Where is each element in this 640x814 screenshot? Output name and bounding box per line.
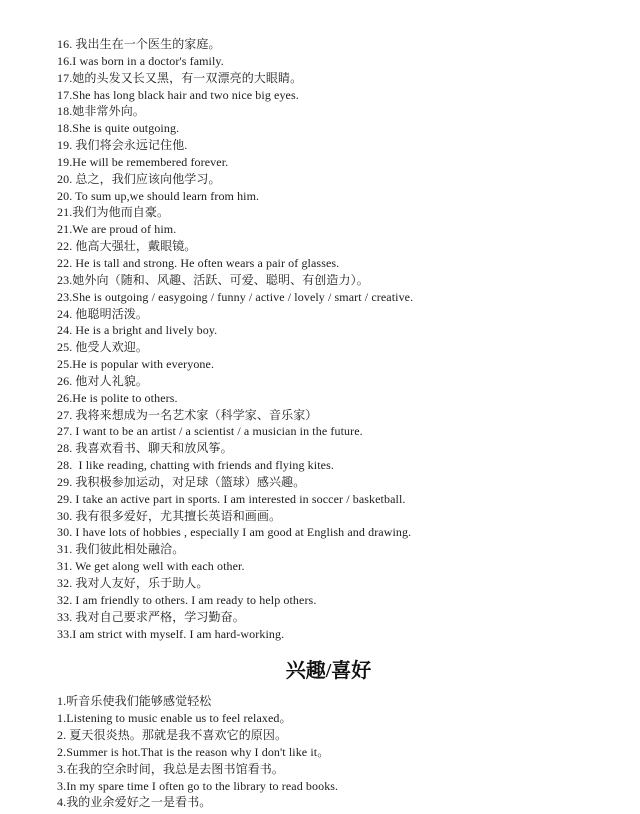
sentence-line: 4.我的业余爱好之一是看书。 bbox=[57, 794, 600, 811]
sentence-line: 22. 他高大强壮，戴眼镜。 bbox=[57, 238, 600, 255]
sentence-line: 25. 他受人欢迎。 bbox=[57, 339, 600, 356]
sentence-line: 33.I am strict with myself. I am hard-wo… bbox=[57, 626, 600, 643]
sentence-line: 29. 我积极参加运动，对足球（篮球）感兴趣。 bbox=[57, 474, 600, 491]
sentence-line: 1.Listening to music enable us to feel r… bbox=[57, 710, 600, 727]
sentence-line: 23.她外向（随和、风趣、活跃、可爱、聪明、有创造力）。 bbox=[57, 272, 600, 289]
sentence-line: 30. 我有很多爱好，尤其擅长英语和画画。 bbox=[57, 508, 600, 525]
sentence-line: 23.She is outgoing / easygoing / funny /… bbox=[57, 289, 600, 306]
sentence-line: 1.听音乐使我们能够感觉轻松 bbox=[57, 693, 600, 710]
sentence-line: 2.Summer is hot.That is the reason why I… bbox=[57, 744, 600, 761]
sentence-line: 21.We are proud of him. bbox=[57, 221, 600, 238]
sentence-line: 3.在我的空余时间，我总是去图书馆看书。 bbox=[57, 761, 600, 778]
sentence-line: 24. 他聪明活泼。 bbox=[57, 306, 600, 323]
sentence-line: 27. I want to be an artist / a scientist… bbox=[57, 423, 600, 440]
sentence-line: 31. We get along well with each other. bbox=[57, 558, 600, 575]
sentence-line: 31. 我们彼此相处融洽。 bbox=[57, 541, 600, 558]
sentence-line: 3.In my spare time I often go to the lib… bbox=[57, 778, 600, 795]
sentence-line: 17.She has long black hair and two nice … bbox=[57, 87, 600, 104]
sentence-line: 32. I am friendly to others. I am ready … bbox=[57, 592, 600, 609]
sentence-line: 19. 我们将会永远记住他. bbox=[57, 137, 600, 154]
sentence-line: 22. He is tall and strong. He often wear… bbox=[57, 255, 600, 272]
sentence-line: 19.He will be remembered forever. bbox=[57, 154, 600, 171]
sentence-line: 28. I like reading, chatting with friend… bbox=[57, 457, 600, 474]
sentence-line: 30. I have lots of hobbies , especially … bbox=[57, 524, 600, 541]
sentence-line: 24. He is a bright and lively boy. bbox=[57, 322, 600, 339]
sentence-line: 17.她的头发又长又黑，有一双漂亮的大眼睛。 bbox=[57, 70, 600, 87]
sentence-line: 21.我们为他而自豪。 bbox=[57, 204, 600, 221]
sentence-line: 16. 我出生在一个医生的家庭。 bbox=[57, 36, 600, 53]
sentence-line: 18.She is quite outgoing. bbox=[57, 120, 600, 137]
sentence-line: 18.她非常外向。 bbox=[57, 103, 600, 120]
sentence-line: 33. 我对自己要求严格，学习勤奋。 bbox=[57, 609, 600, 626]
sentence-line: 25.He is popular with everyone. bbox=[57, 356, 600, 373]
sentence-line: 16.I was born in a doctor's family. bbox=[57, 53, 600, 70]
section-heading: 兴趣/喜好 bbox=[57, 659, 600, 683]
sentence-line: 20. 总之，我们应该向他学习。 bbox=[57, 171, 600, 188]
sentence-line: 27. 我将来想成为一名艺术家（科学家、音乐家） bbox=[57, 407, 600, 424]
sentence-line: 29. I take an active part in sports. I a… bbox=[57, 491, 600, 508]
sentence-line: 26.He is polite to others. bbox=[57, 390, 600, 407]
sentence-line: 28. 我喜欢看书、聊天和放风筝。 bbox=[57, 440, 600, 457]
document-page: 16. 我出生在一个医生的家庭。 16.I was born in a doct… bbox=[0, 0, 640, 814]
sentence-line: 20. To sum up,we should learn from him. bbox=[57, 188, 600, 205]
sentence-line: 2. 夏天很炎热。那就是我不喜欢它的原因。 bbox=[57, 727, 600, 744]
sentence-line: 26. 他对人礼貌。 bbox=[57, 373, 600, 390]
sentence-line: 32. 我对人友好，乐于助人。 bbox=[57, 575, 600, 592]
section-descriptions: 16. 我出生在一个医生的家庭。 16.I was born in a doct… bbox=[57, 36, 600, 642]
section-interests: 1.听音乐使我们能够感觉轻松 1.Listening to music enab… bbox=[57, 693, 600, 811]
document-content: 16. 我出生在一个医生的家庭。 16.I was born in a doct… bbox=[0, 0, 640, 811]
